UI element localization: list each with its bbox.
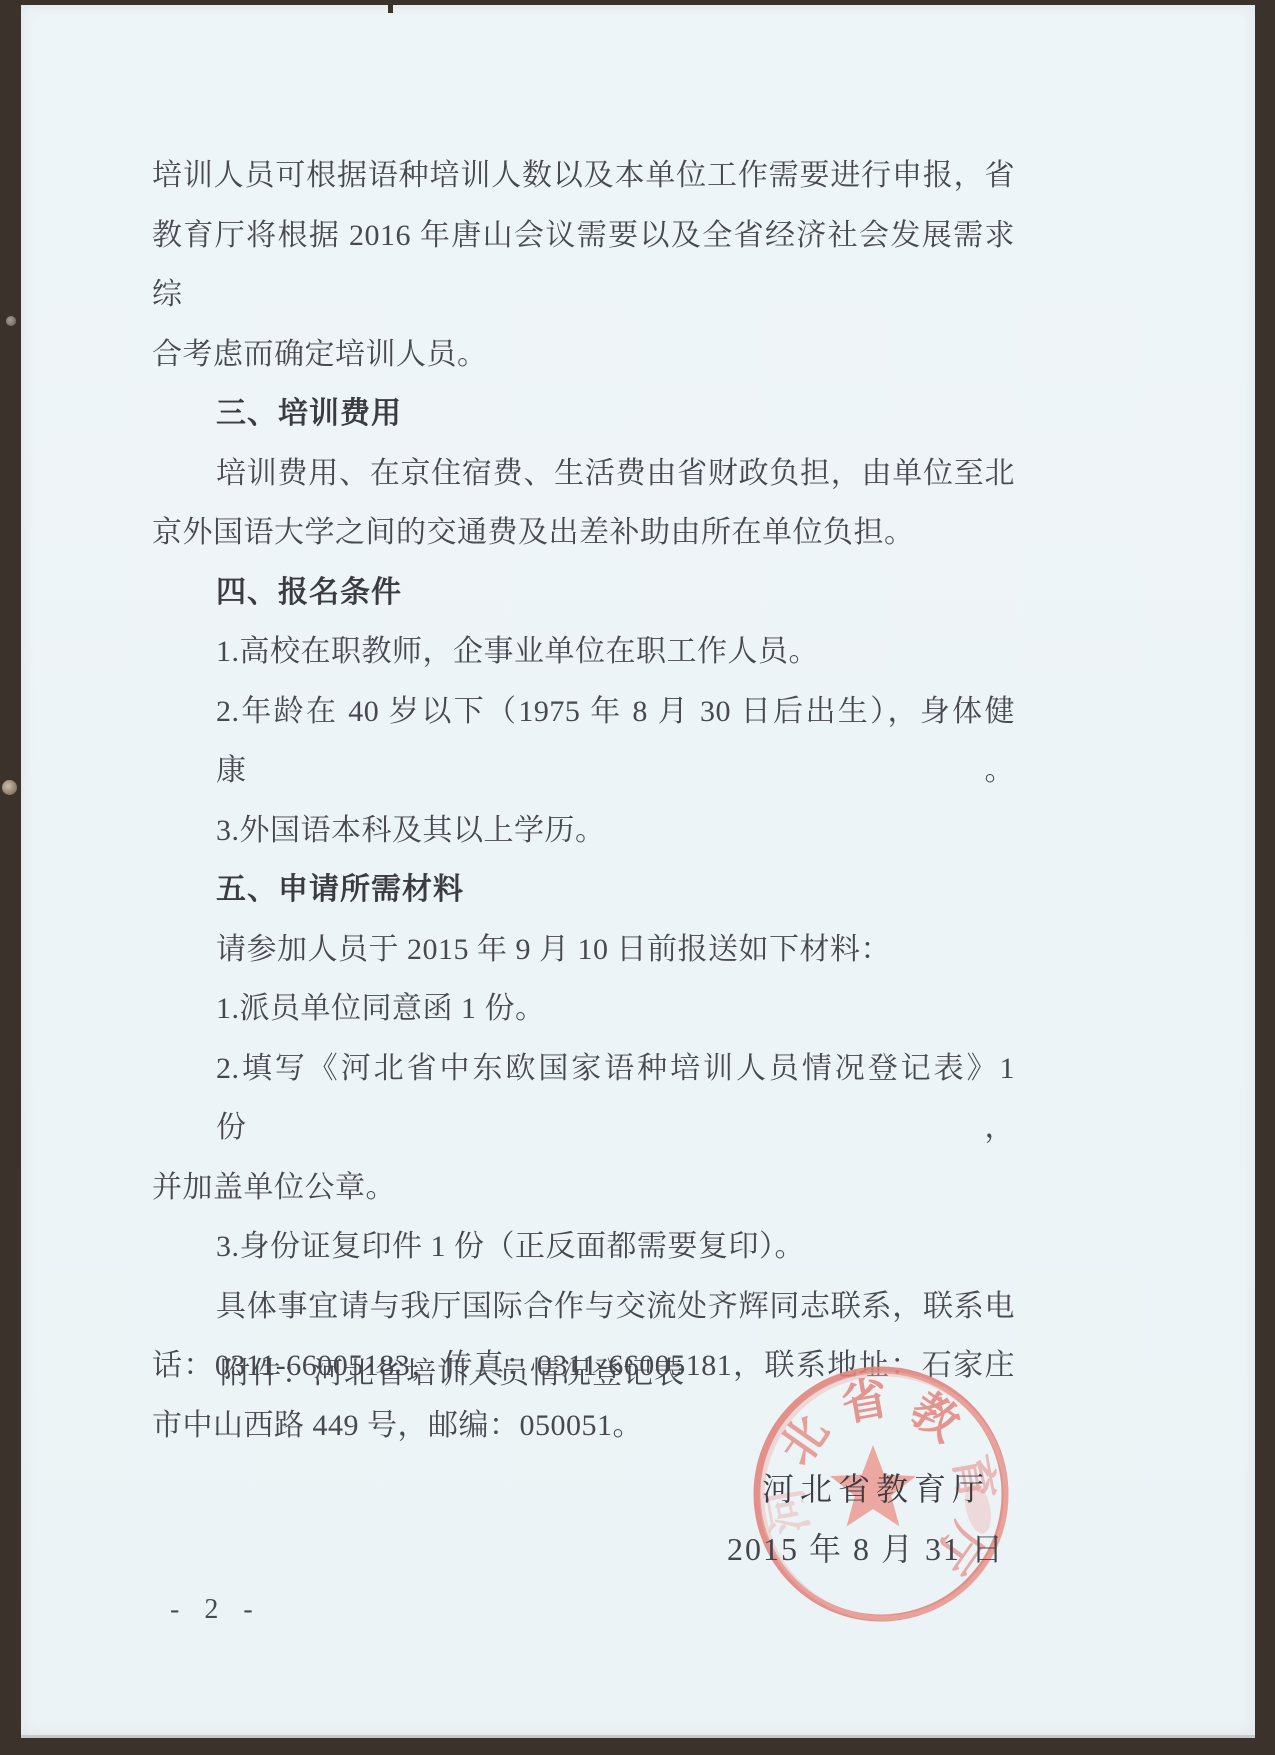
doc-line: 并加盖单位公章。 xyxy=(152,1158,1015,1218)
scanner-edge-notch xyxy=(388,0,393,13)
signature-organization: 河北省教育厅 xyxy=(762,1464,990,1510)
doc-line: 培训费用、在京住宿费、生活费由省财政负担，由单位至北 xyxy=(152,444,1015,504)
doc-line: 1.派员单位同意函 1 份。 xyxy=(152,979,1015,1039)
section-heading: 三、培训费用 xyxy=(152,384,1015,444)
section-heading: 五、申请所需材料 xyxy=(152,860,1015,920)
doc-line: 教育厅将根据 2016 年唐山会议需要以及全省经济社会发展需求综 xyxy=(152,206,1015,325)
doc-line: 京外国语大学之间的交通费及出差补助由所在单位负担。 xyxy=(152,503,1015,563)
signature-date: 2015 年 8 月 31 日 xyxy=(727,1524,1005,1570)
svg-text:省: 省 xyxy=(838,1372,892,1430)
doc-line: 具体事宜请与我厅国际合作与交流处齐辉同志联系，联系电 xyxy=(152,1277,1015,1337)
binder-hole-mark xyxy=(6,316,16,326)
doc-line: 3.外国语本科及其以上学历。 xyxy=(152,801,1015,861)
attachment-reference: 附件：河北省培训人员情况登记表 xyxy=(220,1348,685,1392)
document-body: 培训人员可根据语种培训人数以及本单位工作需要进行申报，省 教育厅将根据 2016… xyxy=(152,146,1015,1455)
scanned-document: 培训人员可根据语种培训人数以及本单位工作需要进行申报，省 教育厅将根据 2016… xyxy=(0,0,1275,1755)
doc-line: 2.填写《河北省中东欧国家语种培训人员情况登记表》1 份， xyxy=(152,1039,1015,1158)
doc-line: 请参加人员于 2015 年 9 月 10 日前报送如下材料： xyxy=(152,920,1015,980)
doc-line: 1.高校在职教师，企事业单位在职工作人员。 xyxy=(152,622,1015,682)
doc-line: 合考虑而确定培训人员。 xyxy=(152,325,1015,385)
binder-hole-mark xyxy=(2,780,17,795)
doc-line: 培训人员可根据语种培训人数以及本单位工作需要进行申报，省 xyxy=(152,146,1015,206)
doc-line: 3.身份证复印件 1 份（正反面都需要复印）。 xyxy=(152,1217,1015,1277)
page-number: - 2 - xyxy=(170,1594,262,1626)
doc-line: 2.年龄在 40 岁以下（1975 年 8 月 30 日后出生），身体健康。 xyxy=(152,682,1015,801)
section-heading: 四、报名条件 xyxy=(152,563,1015,623)
